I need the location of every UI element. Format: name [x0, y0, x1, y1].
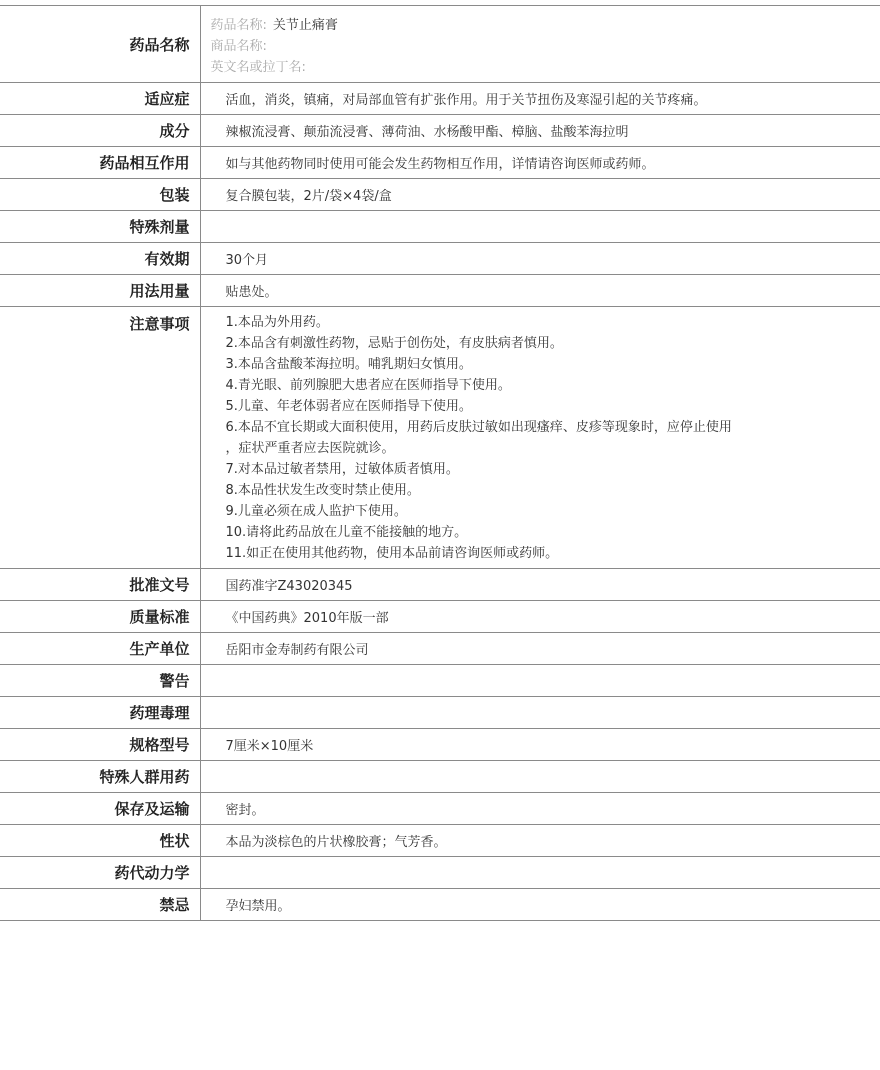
row-value: 孕妇禁用。	[200, 889, 880, 921]
row-label: 性状	[0, 825, 200, 857]
row-value: 活血，消炎，镇痛，对局部血管有扩张作用。用于关节扭伤及寒湿引起的关节疼痛。	[200, 83, 880, 115]
row-usage-dosage: 用法用量 贴患处。	[0, 275, 880, 307]
row-value	[200, 697, 880, 729]
row-label: 特殊剂量	[0, 211, 200, 243]
precaution-item-continued: ，症状严重者应去医院就诊。	[226, 438, 880, 459]
row-value	[200, 761, 880, 793]
precaution-item: 7.对本品过敏者禁用，过敏体质者慎用。	[226, 459, 880, 480]
field-key: 药品名称:	[211, 18, 267, 33]
row-label: 特殊人群用药	[0, 761, 200, 793]
row-label: 药品相互作用	[0, 147, 200, 179]
row-label: 药代动力学	[0, 857, 200, 889]
row-value: 国药准字Z43020345	[200, 569, 880, 601]
row-interactions: 药品相互作用 如与其他药物同时使用可能会发生药物相互作用，详情请咨询医师或药师。	[0, 147, 880, 179]
precaution-item: 6.本品不宜长期或大面积使用，用药后皮肤过敏如出现瘙痒、皮疹等现象时，应停止使用	[226, 417, 880, 438]
row-label: 注意事项	[0, 307, 200, 569]
row-value	[200, 665, 880, 697]
precautions-list: 1.本品为外用药。 2.本品含有刺激性药物，忌贴于创伤处，有皮肤病者慎用。 3.…	[200, 307, 880, 569]
row-storage-transport: 保存及运输 密封。	[0, 793, 880, 825]
drug-name-values: 药品名称:关节止痛膏 商品名称: 英文名或拉丁名:	[200, 6, 880, 83]
row-value	[200, 211, 880, 243]
row-shelf-life: 有效期 30个月	[0, 243, 880, 275]
row-value: 复合膜包装，2片/袋×4袋/盒	[200, 179, 880, 211]
row-value: 岳阳市金寿制药有限公司	[200, 633, 880, 665]
row-label: 生产单位	[0, 633, 200, 665]
row-value	[200, 857, 880, 889]
row-value: 辣椒流浸膏、颠茄流浸膏、薄荷油、水杨酸甲酯、樟脑、盐酸苯海拉明	[200, 115, 880, 147]
precaution-item: 1.本品为外用药。	[226, 312, 880, 333]
row-value: 密封。	[200, 793, 880, 825]
row-value: 30个月	[200, 243, 880, 275]
row-label: 适应症	[0, 83, 200, 115]
row-label: 成分	[0, 115, 200, 147]
row-label: 质量标准	[0, 601, 200, 633]
row-value: 如与其他药物同时使用可能会发生药物相互作用，详情请咨询医师或药师。	[200, 147, 880, 179]
row-value: 贴患处。	[200, 275, 880, 307]
field-value: 关节止痛膏	[273, 18, 338, 33]
row-precautions: 注意事项 1.本品为外用药。 2.本品含有刺激性药物，忌贴于创伤处，有皮肤病者慎…	[0, 307, 880, 569]
row-label: 有效期	[0, 243, 200, 275]
row-label: 禁忌	[0, 889, 200, 921]
field-key: 商品名称:	[211, 39, 267, 54]
row-label: 用法用量	[0, 275, 200, 307]
field-key: 英文名或拉丁名:	[211, 60, 306, 75]
row-specification: 规格型号 7厘米×10厘米	[0, 729, 880, 761]
precaution-item: 3.本品含盐酸苯海拉明。哺乳期妇女慎用。	[226, 354, 880, 375]
row-special-dosage: 特殊剂量	[0, 211, 880, 243]
row-value: 《中国药典》2010年版一部	[200, 601, 880, 633]
row-label: 规格型号	[0, 729, 200, 761]
row-pharmacokinetics: 药代动力学	[0, 857, 880, 889]
row-label: 保存及运输	[0, 793, 200, 825]
generic-name-line: 药品名称:关节止痛膏	[211, 15, 880, 36]
row-label: 批准文号	[0, 569, 200, 601]
row-special-populations: 特殊人群用药	[0, 761, 880, 793]
drug-spec-table: 药品名称 药品名称:关节止痛膏 商品名称: 英文名或拉丁名: 适应症 活血，消炎…	[0, 5, 880, 921]
row-label: 药品名称	[0, 6, 200, 83]
latin-name-line: 英文名或拉丁名:	[211, 57, 880, 78]
precaution-item: 9.儿童必须在成人监护下使用。	[226, 501, 880, 522]
row-warning: 警告	[0, 665, 880, 697]
row-label: 警告	[0, 665, 200, 697]
row-quality-standard: 质量标准 《中国药典》2010年版一部	[0, 601, 880, 633]
row-description: 性状 本品为淡棕色的片状橡胶膏；气芳香。	[0, 825, 880, 857]
row-drug-name: 药品名称 药品名称:关节止痛膏 商品名称: 英文名或拉丁名:	[0, 6, 880, 83]
row-packaging: 包装 复合膜包装，2片/袋×4袋/盒	[0, 179, 880, 211]
row-manufacturer: 生产单位 岳阳市金寿制药有限公司	[0, 633, 880, 665]
precaution-item: 5.儿童、年老体弱者应在医师指导下使用。	[226, 396, 880, 417]
row-pharmacology-toxicology: 药理毒理	[0, 697, 880, 729]
row-value: 7厘米×10厘米	[200, 729, 880, 761]
row-contraindications: 禁忌 孕妇禁用。	[0, 889, 880, 921]
precaution-item: 4.青光眼、前列腺肥大患者应在医师指导下使用。	[226, 375, 880, 396]
row-approval-number: 批准文号 国药准字Z43020345	[0, 569, 880, 601]
precaution-item: 8.本品性状发生改变时禁止使用。	[226, 480, 880, 501]
row-label: 药理毒理	[0, 697, 200, 729]
row-ingredients: 成分 辣椒流浸膏、颠茄流浸膏、薄荷油、水杨酸甲酯、樟脑、盐酸苯海拉明	[0, 115, 880, 147]
row-label: 包装	[0, 179, 200, 211]
row-indications: 适应症 活血，消炎，镇痛，对局部血管有扩张作用。用于关节扭伤及寒湿引起的关节疼痛…	[0, 83, 880, 115]
precaution-item: 10.请将此药品放在儿童不能接触的地方。	[226, 522, 880, 543]
trade-name-line: 商品名称:	[211, 36, 880, 57]
precaution-item: 11.如正在使用其他药物，使用本品前请咨询医师或药师。	[226, 543, 880, 564]
row-value: 本品为淡棕色的片状橡胶膏；气芳香。	[200, 825, 880, 857]
precaution-item: 2.本品含有刺激性药物，忌贴于创伤处，有皮肤病者慎用。	[226, 333, 880, 354]
